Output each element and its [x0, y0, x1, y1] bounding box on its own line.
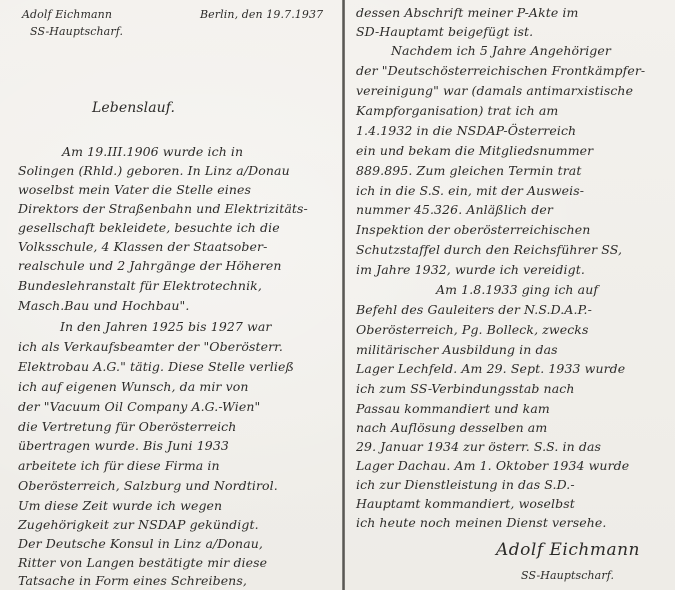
text-line: Ritter von Langen bestätigte mir diese: [18, 556, 267, 570]
page-divider: [342, 0, 345, 590]
text-line: 1.4.1932 in die NSDAP-Österreich: [356, 124, 576, 138]
signature-rank: SS-Hauptscharf.: [521, 569, 614, 583]
text-line: Um diese Zeit wurde ich wegen: [18, 499, 222, 513]
text-line: Kampforganisation) trat ich am: [356, 104, 558, 118]
text-line: ein und bekam die Mitgliedsnummer: [356, 144, 593, 158]
text-line: Der Deutsche Konsul in Linz a/Donau,: [18, 537, 263, 551]
text-line: ich in die S.S. ein, mit der Ausweis-: [356, 184, 584, 198]
signature: Adolf Eichmann: [496, 543, 640, 557]
text-line: arbeitete ich für diese Firma in: [18, 459, 220, 473]
text-line: im Jahre 1932, wurde ich vereidigt.: [356, 263, 585, 277]
text-line: nummer 45.326. Anläßlich der: [356, 203, 553, 217]
text-line: ich zum SS-Verbindungsstab nach: [356, 382, 575, 396]
text-line: nach Auflösung desselben am: [356, 421, 547, 435]
text-line: Am 19.III.1906 wurde ich in: [62, 145, 243, 159]
text-line: ich heute noch meinen Dienst versehe.: [356, 516, 606, 530]
left-page: Adolf Eichmann SS-Hauptscharf. Berlin, d…: [0, 0, 343, 590]
text-line: SD-Hauptamt beigefügt ist.: [356, 25, 533, 39]
document-scan: Adolf Eichmann SS-Hauptscharf. Berlin, d…: [0, 0, 675, 590]
text-line: Nachdem ich 5 Jahre Angehöriger: [391, 44, 611, 58]
text-line: militärischer Ausbildung in das: [356, 343, 558, 357]
text-line: Passau kommandiert und kam: [356, 402, 550, 416]
text-line: dessen Abschrift meiner P-Akte im: [356, 6, 578, 20]
text-line: 889.895. Zum gleichen Termin trat: [356, 164, 581, 178]
text-line: 29. Januar 1934 zur österr. S.S. in das: [356, 440, 601, 454]
header-rank: SS-Hauptscharf.: [30, 25, 123, 39]
text-line: Volksschule, 4 Klassen der Staatsober-: [18, 240, 267, 254]
text-line: Masch.Bau und Hochbau".: [18, 299, 189, 313]
header-name: Adolf Eichmann: [22, 8, 112, 22]
text-line: Lager Lechfeld. Am 29. Sept. 1933 wurde: [356, 362, 625, 376]
text-line: Tatsache in Form eines Schreibens,: [18, 574, 247, 588]
text-line: Befehl des Gauleiters der N.S.D.A.P.-: [356, 303, 592, 317]
place-date: Berlin, den 19.7.1937: [200, 8, 323, 22]
text-line: übertragen wurde. Bis Juni 1933: [18, 439, 229, 453]
text-line: woselbst mein Vater die Stelle eines: [18, 183, 251, 197]
text-line: ich als Verkaufsbeamter der "Oberösterr.: [18, 340, 283, 354]
text-line: Am 1.8.1933 ging ich auf: [436, 283, 598, 297]
document-title: Lebenslauf.: [92, 101, 175, 115]
text-line: In den Jahren 1925 bis 1927 war: [60, 320, 271, 334]
right-page: dessen Abschrift meiner P-Akte im SD-Hau…: [346, 0, 675, 590]
text-line: Direktors der Straßenbahn und Elektrizit…: [18, 202, 308, 216]
text-line: der "Vacuum Oil Company A.G.-Wien": [18, 400, 260, 414]
text-line: Solingen (Rhld.) geboren. In Linz a/Dona…: [18, 164, 290, 178]
text-line: Hauptamt kommandiert, woselbst: [356, 497, 575, 511]
text-line: realschule und 2 Jahrgänge der Höheren: [18, 259, 282, 273]
text-line: Bundeslehranstalt für Elektrotechnik,: [18, 279, 262, 293]
text-line: Inspektion der oberösterreichischen: [356, 223, 590, 237]
text-line: ich zur Dienstleistung in das S.D.-: [356, 478, 575, 492]
text-line: vereinigung" war (damals antimarxistisch…: [356, 84, 633, 98]
text-line: Oberösterreich, Pg. Bolleck, zwecks: [356, 323, 589, 337]
text-line: die Vertretung für Oberösterreich: [18, 420, 236, 434]
text-line: Oberösterreich, Salzburg und Nordtirol.: [18, 479, 278, 493]
text-line: Zugehörigkeit zur NSDAP gekündigt.: [18, 518, 259, 532]
text-line: Elektrobau A.G." tätig. Diese Stelle ver…: [18, 360, 294, 374]
text-line: Schutzstaffel durch den Reichsführer SS,: [356, 243, 622, 257]
text-line: der "Deutschösterreichischen Frontkämpfe…: [356, 64, 645, 78]
text-line: Lager Dachau. Am 1. Oktober 1934 wurde: [356, 459, 629, 473]
text-line: ich auf eigenen Wunsch, da mir von: [18, 380, 249, 394]
text-line: gesellschaft bekleidete, besuchte ich di…: [18, 221, 280, 235]
